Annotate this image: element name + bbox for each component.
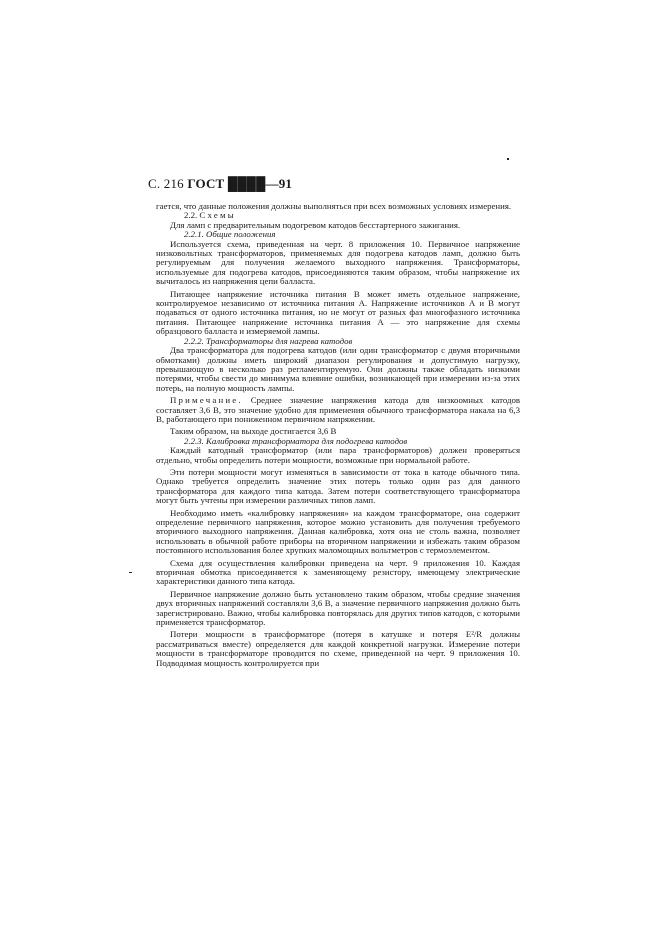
paragraph: Каждый катодный трансформатор (или пара …	[156, 446, 520, 465]
stray-mark	[129, 572, 132, 573]
note: Примечание. Среднее значение напряжения …	[156, 396, 520, 424]
paragraph: Схема для осуществления калибровки приве…	[156, 559, 520, 587]
paragraph: Эти потери мощности могут изменяться в з…	[156, 468, 520, 506]
paragraph: Питающее напряжение источника питания В …	[156, 290, 520, 337]
page-header: С. 216 ГОСТ ████—91	[148, 176, 292, 192]
paragraph: Необходимо иметь «калибровку напряжения»…	[156, 509, 520, 556]
page-number: С. 216	[148, 176, 184, 191]
document-body: гается, что данные положения должны выпо…	[156, 202, 520, 668]
section-number: 2.2.	[184, 210, 197, 220]
paragraph: Потери мощности в трансформаторе (потеря…	[156, 630, 520, 668]
document-page: С. 216 ГОСТ ████—91 гается, что данные п…	[0, 0, 661, 935]
stray-mark	[507, 158, 509, 160]
section-title: Схемы	[199, 210, 235, 220]
paragraph: Первичное напряжение должно быть установ…	[156, 590, 520, 628]
paragraph: Два трансформатора для подогрева катодов…	[156, 346, 520, 393]
standard-id: ГОСТ ████—91	[187, 176, 292, 191]
paragraph: Используется схема, приведенная на черт.…	[156, 240, 520, 287]
